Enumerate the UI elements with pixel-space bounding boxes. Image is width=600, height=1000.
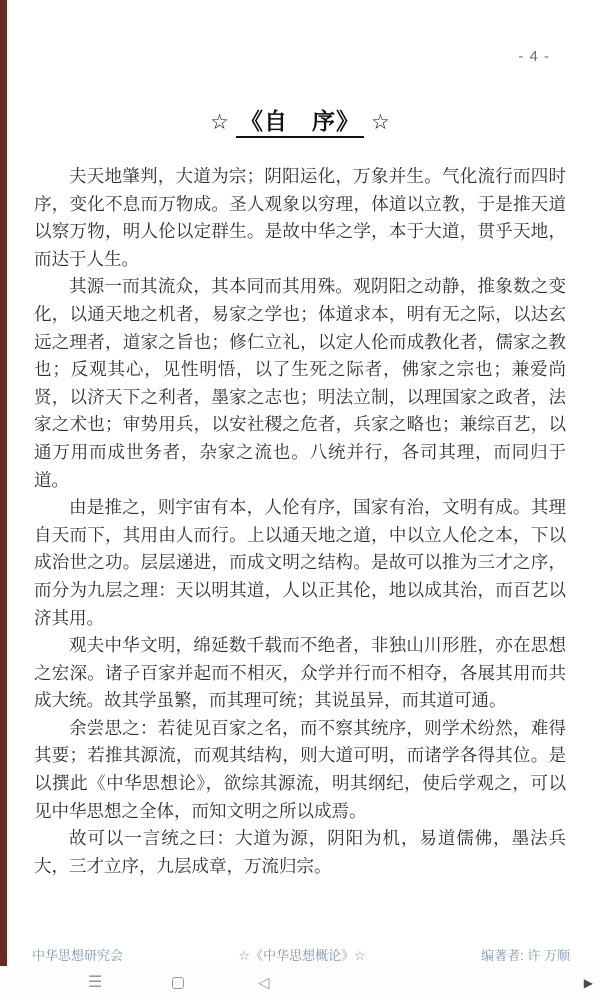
paragraph-2: 其源一而其流众，其本同而其用殊。观阴阳之动静，推象数之变化，以通天地之机者，易家…: [34, 273, 566, 494]
body-text: 夫天地肇判，大道为宗；阴阳运化，万象并生。气化流行而四时序，变化不息而万物成。圣…: [34, 163, 566, 880]
recents-square-icon[interactable]: [172, 977, 184, 989]
page-title: ☆《自 序》☆: [0, 103, 600, 136]
star-icon-right: ☆: [371, 111, 390, 134]
paragraph-1: 夫天地肇判，大道为宗；阴阳运化，万象并生。气化流行而四时序，变化不息而万物成。圣…: [34, 163, 566, 273]
footer-author: 编著者: 许 万顺: [481, 945, 570, 964]
paragraph-5: 余尝思之：若徒见百家之名，而不察其统序，则学术纷然，难得其要；若推其源流，而观其…: [34, 715, 566, 825]
footer-organization: 中华思想研究会: [32, 945, 123, 964]
footer-book-title: ☆《中华思想概论》☆: [238, 945, 365, 964]
title-text: 《自 序》: [236, 108, 364, 138]
left-edge-strip: [0, 0, 7, 1000]
paragraph-6: 故可以一言统之曰：大道为源，阴阳为机，易道儒佛，墨法兵大，三才立序，九层成章，万…: [34, 825, 566, 880]
back-icon[interactable]: ◁: [258, 976, 270, 991]
page-number: - 4 -: [518, 48, 550, 65]
document-page: - 4 - ☆《自 序》☆ 夫天地肇判，大道为宗；阴阳运化，万象并生。气化流行而…: [0, 0, 600, 1000]
page-footer: 中华思想研究会 ☆《中华思想概论》☆ 编著者: 许 万顺: [32, 945, 570, 964]
forward-icon[interactable]: ▶: [584, 977, 593, 989]
system-navbar: ☰ ◁ ▶: [0, 966, 600, 1000]
paragraph-4: 观夫中华文明，绵延数千载而不绝者，非独山川形胜，亦在思想之宏深。诸子百家并起而不…: [34, 632, 566, 715]
paragraph-3: 由是推之，则宇宙有本，人伦有序，国家有治，文明有成。其理自天而下，其用由人而行。…: [34, 494, 566, 632]
menu-icon[interactable]: ☰: [88, 975, 102, 991]
star-icon-left: ☆: [210, 111, 229, 134]
square-glyph: [172, 977, 184, 989]
